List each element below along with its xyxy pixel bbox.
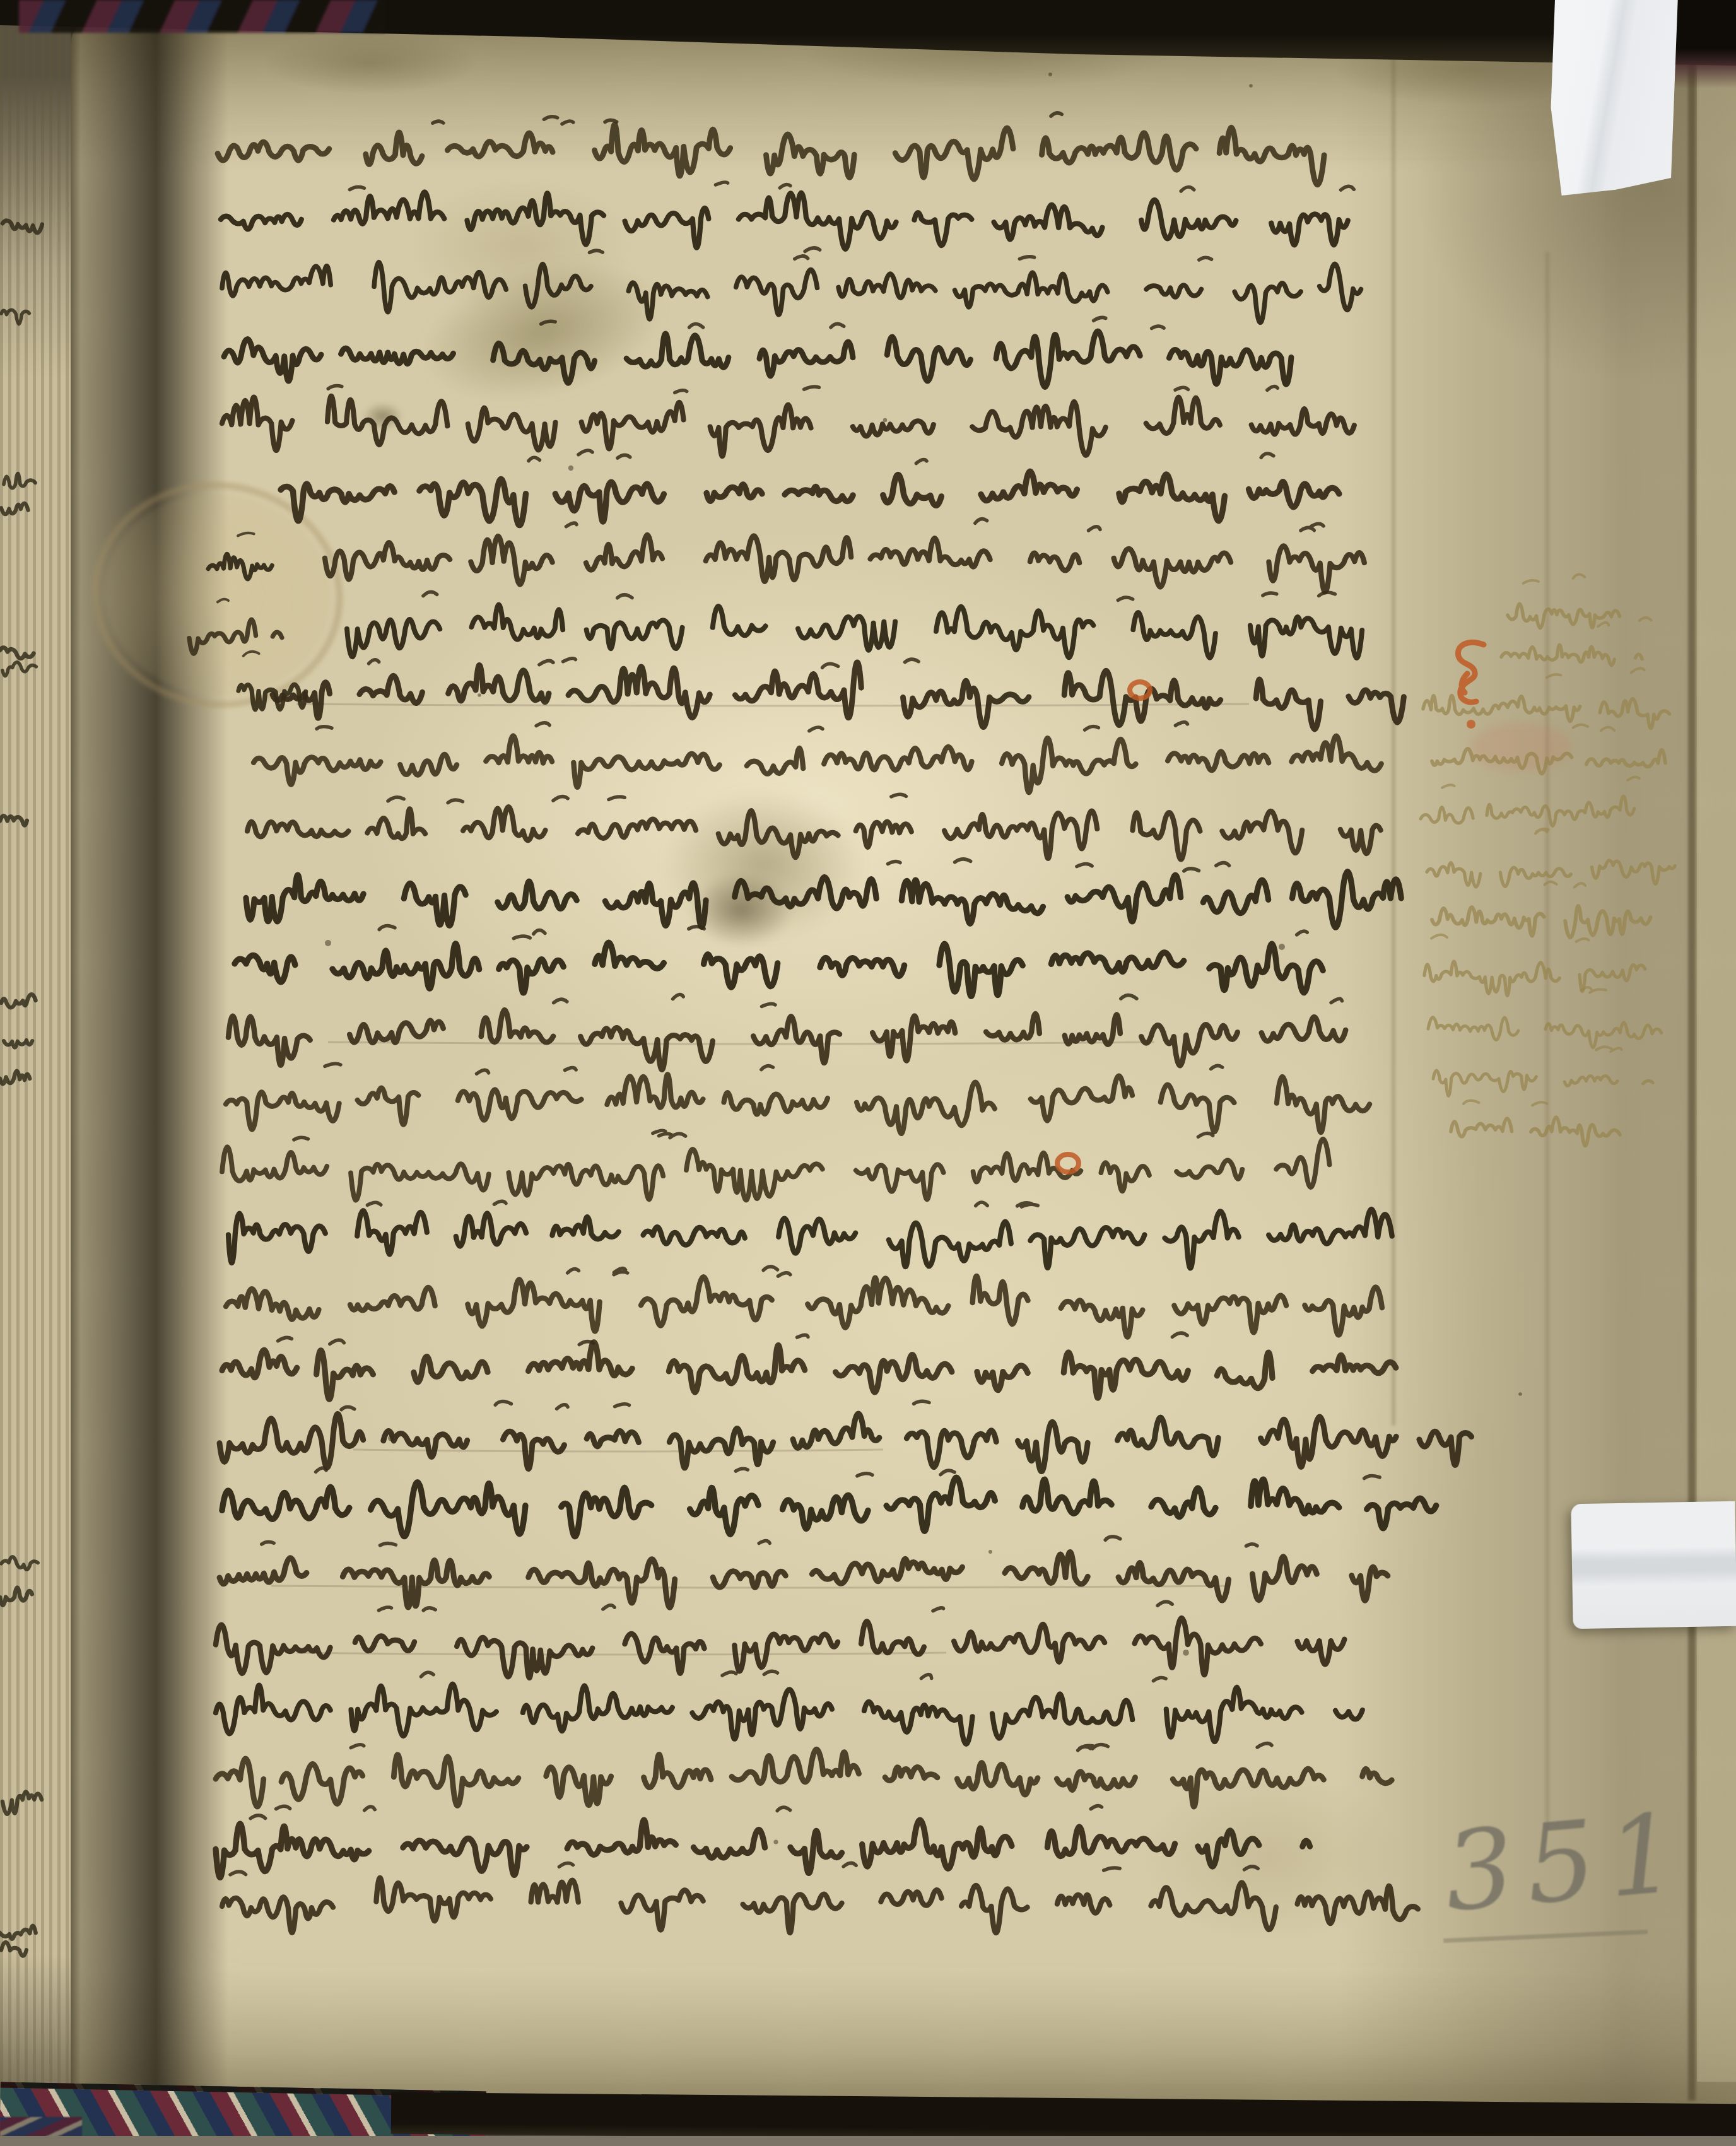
fore-edge-strip [1697, 38, 1736, 2082]
faint-crease [1545, 252, 1549, 1829]
faint-crease [1392, 38, 1395, 1426]
smudge-stain-core [691, 874, 792, 946]
faded-red-smear [1470, 723, 1571, 771]
gutter-shadow [71, 16, 228, 2108]
corner-shadow [1325, 16, 1736, 584]
bookmark-tab-top [1545, 0, 1680, 196]
bookmark-tab-right [1571, 1501, 1736, 1629]
table-surface [0, 2136, 1736, 2146]
small-stain [363, 402, 403, 430]
stacked-page-edges [0, 0, 74, 2146]
manuscript-photo: 351 [0, 0, 1736, 2146]
endband-top [19, 0, 385, 33]
page-number-pencil: 351 [1440, 1788, 1694, 1936]
vertical-crease [1688, 25, 1696, 2101]
